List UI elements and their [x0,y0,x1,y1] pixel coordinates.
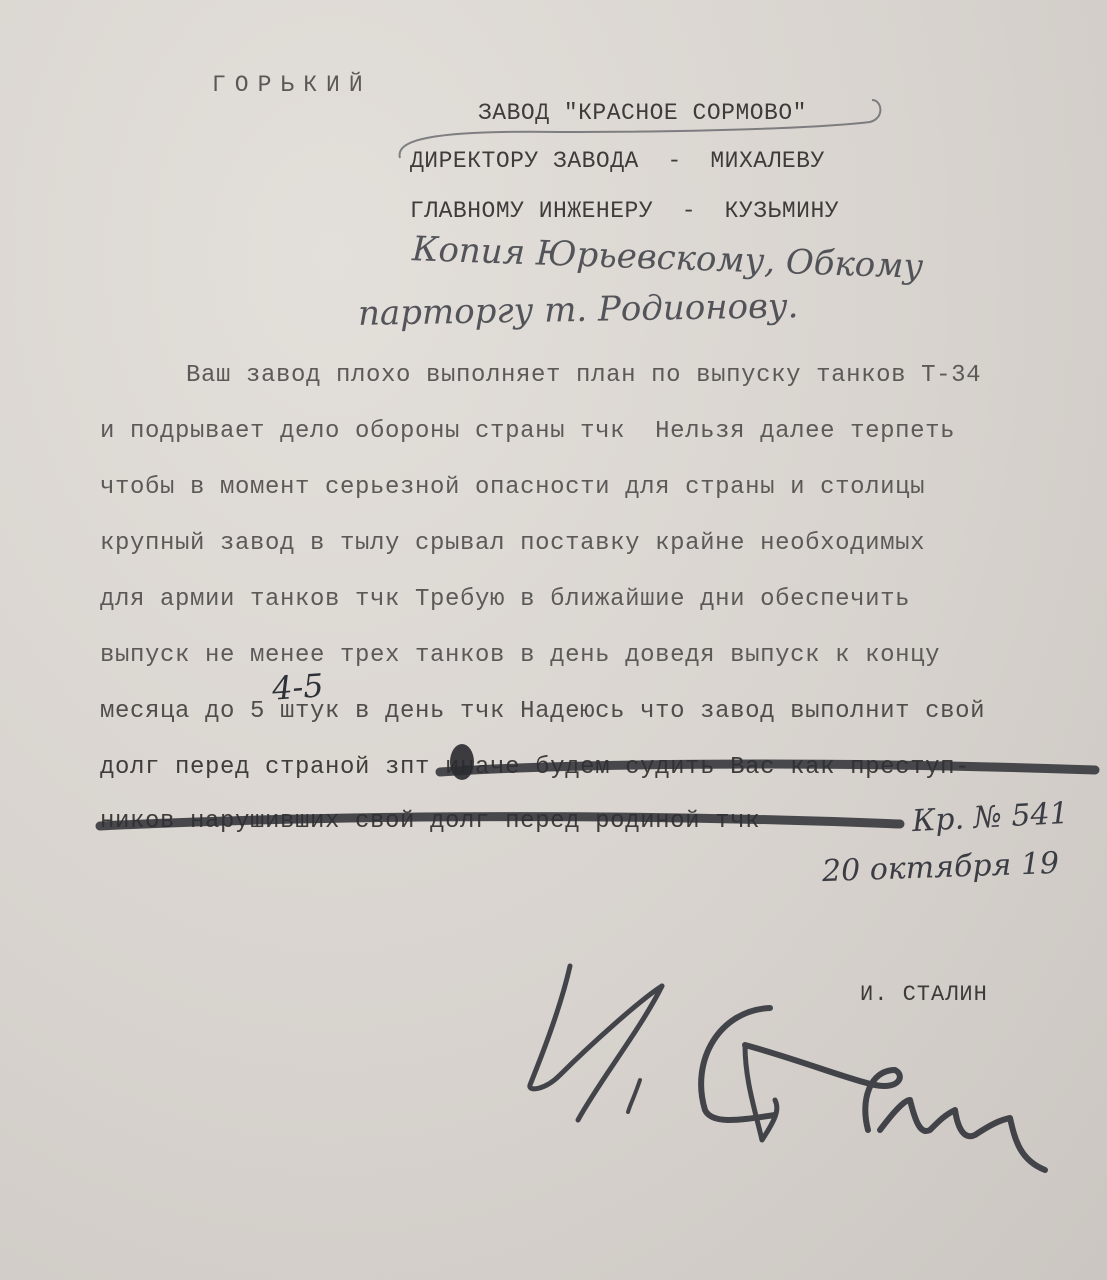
handwritten-copy-note-line2: парторгу т. Родионову. [358,286,799,334]
typed-signature: И. СТАЛИН [860,982,988,1007]
body-line-9: ников нарушивших свой долг перед родиной… [100,808,760,835]
body-line-5: для армии танков тчк Требую в ближайшие … [100,586,910,613]
document-paper [0,0,1107,1280]
addressee-factory: ЗАВОД "КРАСНОЕ СОРМОВО" [478,100,807,126]
body-line-6: выпуск не менее трех танков в день довед… [100,642,940,669]
body-line-2: и подрывает дело обороны страны тчк Нель… [100,418,955,445]
handwritten-correction: 4-5 [271,666,325,708]
addressee-chief-engineer: ГЛАВНОМУ ИНЖЕНЕРУ - КУЗЬМИНУ [410,198,839,224]
body-line-7: месяца до 5 штук в день тчк Надеюсь что … [100,698,985,725]
body-line-1: Ваш завод плохо выполняет план по выпуск… [186,362,981,389]
body-line-8: долг перед страной зпт иначе будем судит… [100,754,970,781]
body-line-4: крупный завод в тылу срывал поставку кра… [100,530,925,557]
body-line-3: чтобы в момент серьезной опасности для с… [100,474,925,501]
addressee-director: ДИРЕКТОРУ ЗАВОДА - МИХАЛЕВУ [410,148,825,174]
city-heading: ГОРЬКИЙ [212,72,372,98]
